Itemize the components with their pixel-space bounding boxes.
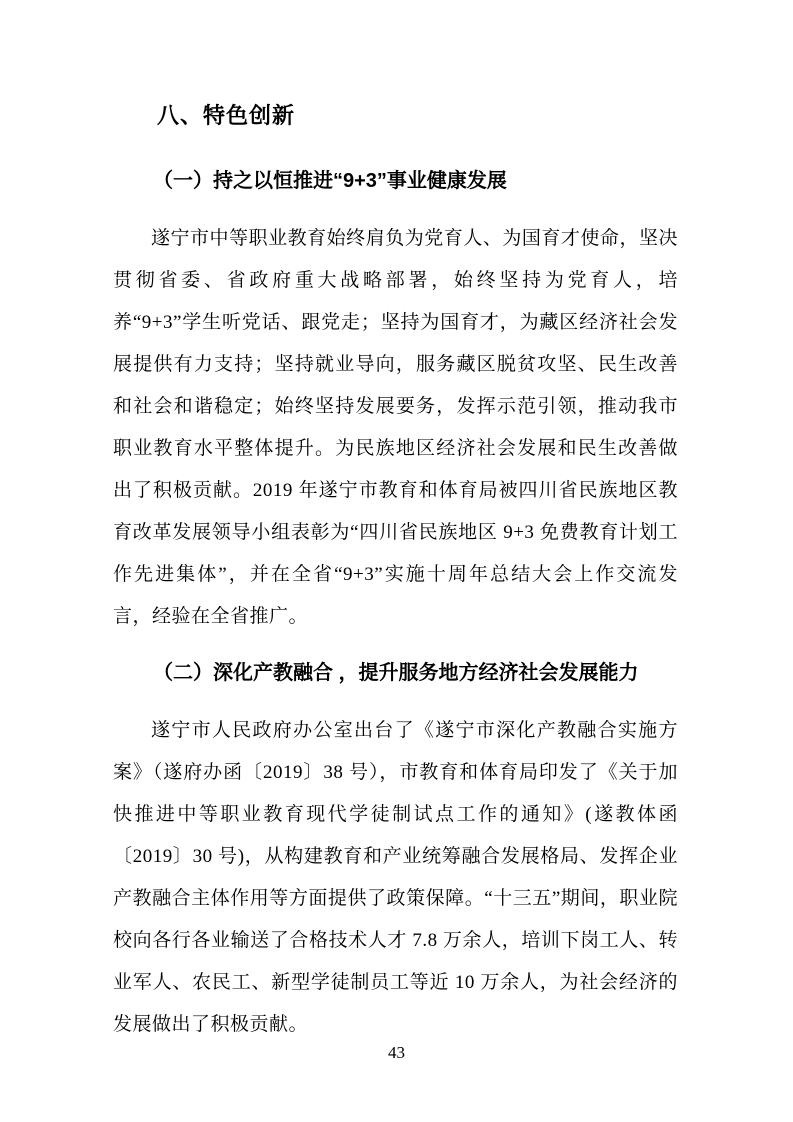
- section-2-paragraph: 遂宁市人民政府办公室出台了《遂宁市深化产教融合实施方案》（遂府办函〔2019〕3…: [113, 710, 678, 1046]
- section-2-heading: （二）深化产教融合 ，提升服务地方经济社会发展能力: [113, 660, 678, 686]
- section-1-heading: （一）持之以恒推进“9+3”事业健康发展: [113, 168, 678, 194]
- page-number: 43: [0, 1043, 793, 1063]
- chapter-heading: 八、特色创新: [113, 102, 678, 131]
- section-1-paragraph: 遂宁市中等职业教育始终肩负为党育人、为国育才使命，坚决贯彻省委、省政府重大战略部…: [113, 218, 678, 638]
- document-page: 八、特色创新 （一）持之以恒推进“9+3”事业健康发展 遂宁市中等职业教育始终肩…: [0, 0, 793, 1122]
